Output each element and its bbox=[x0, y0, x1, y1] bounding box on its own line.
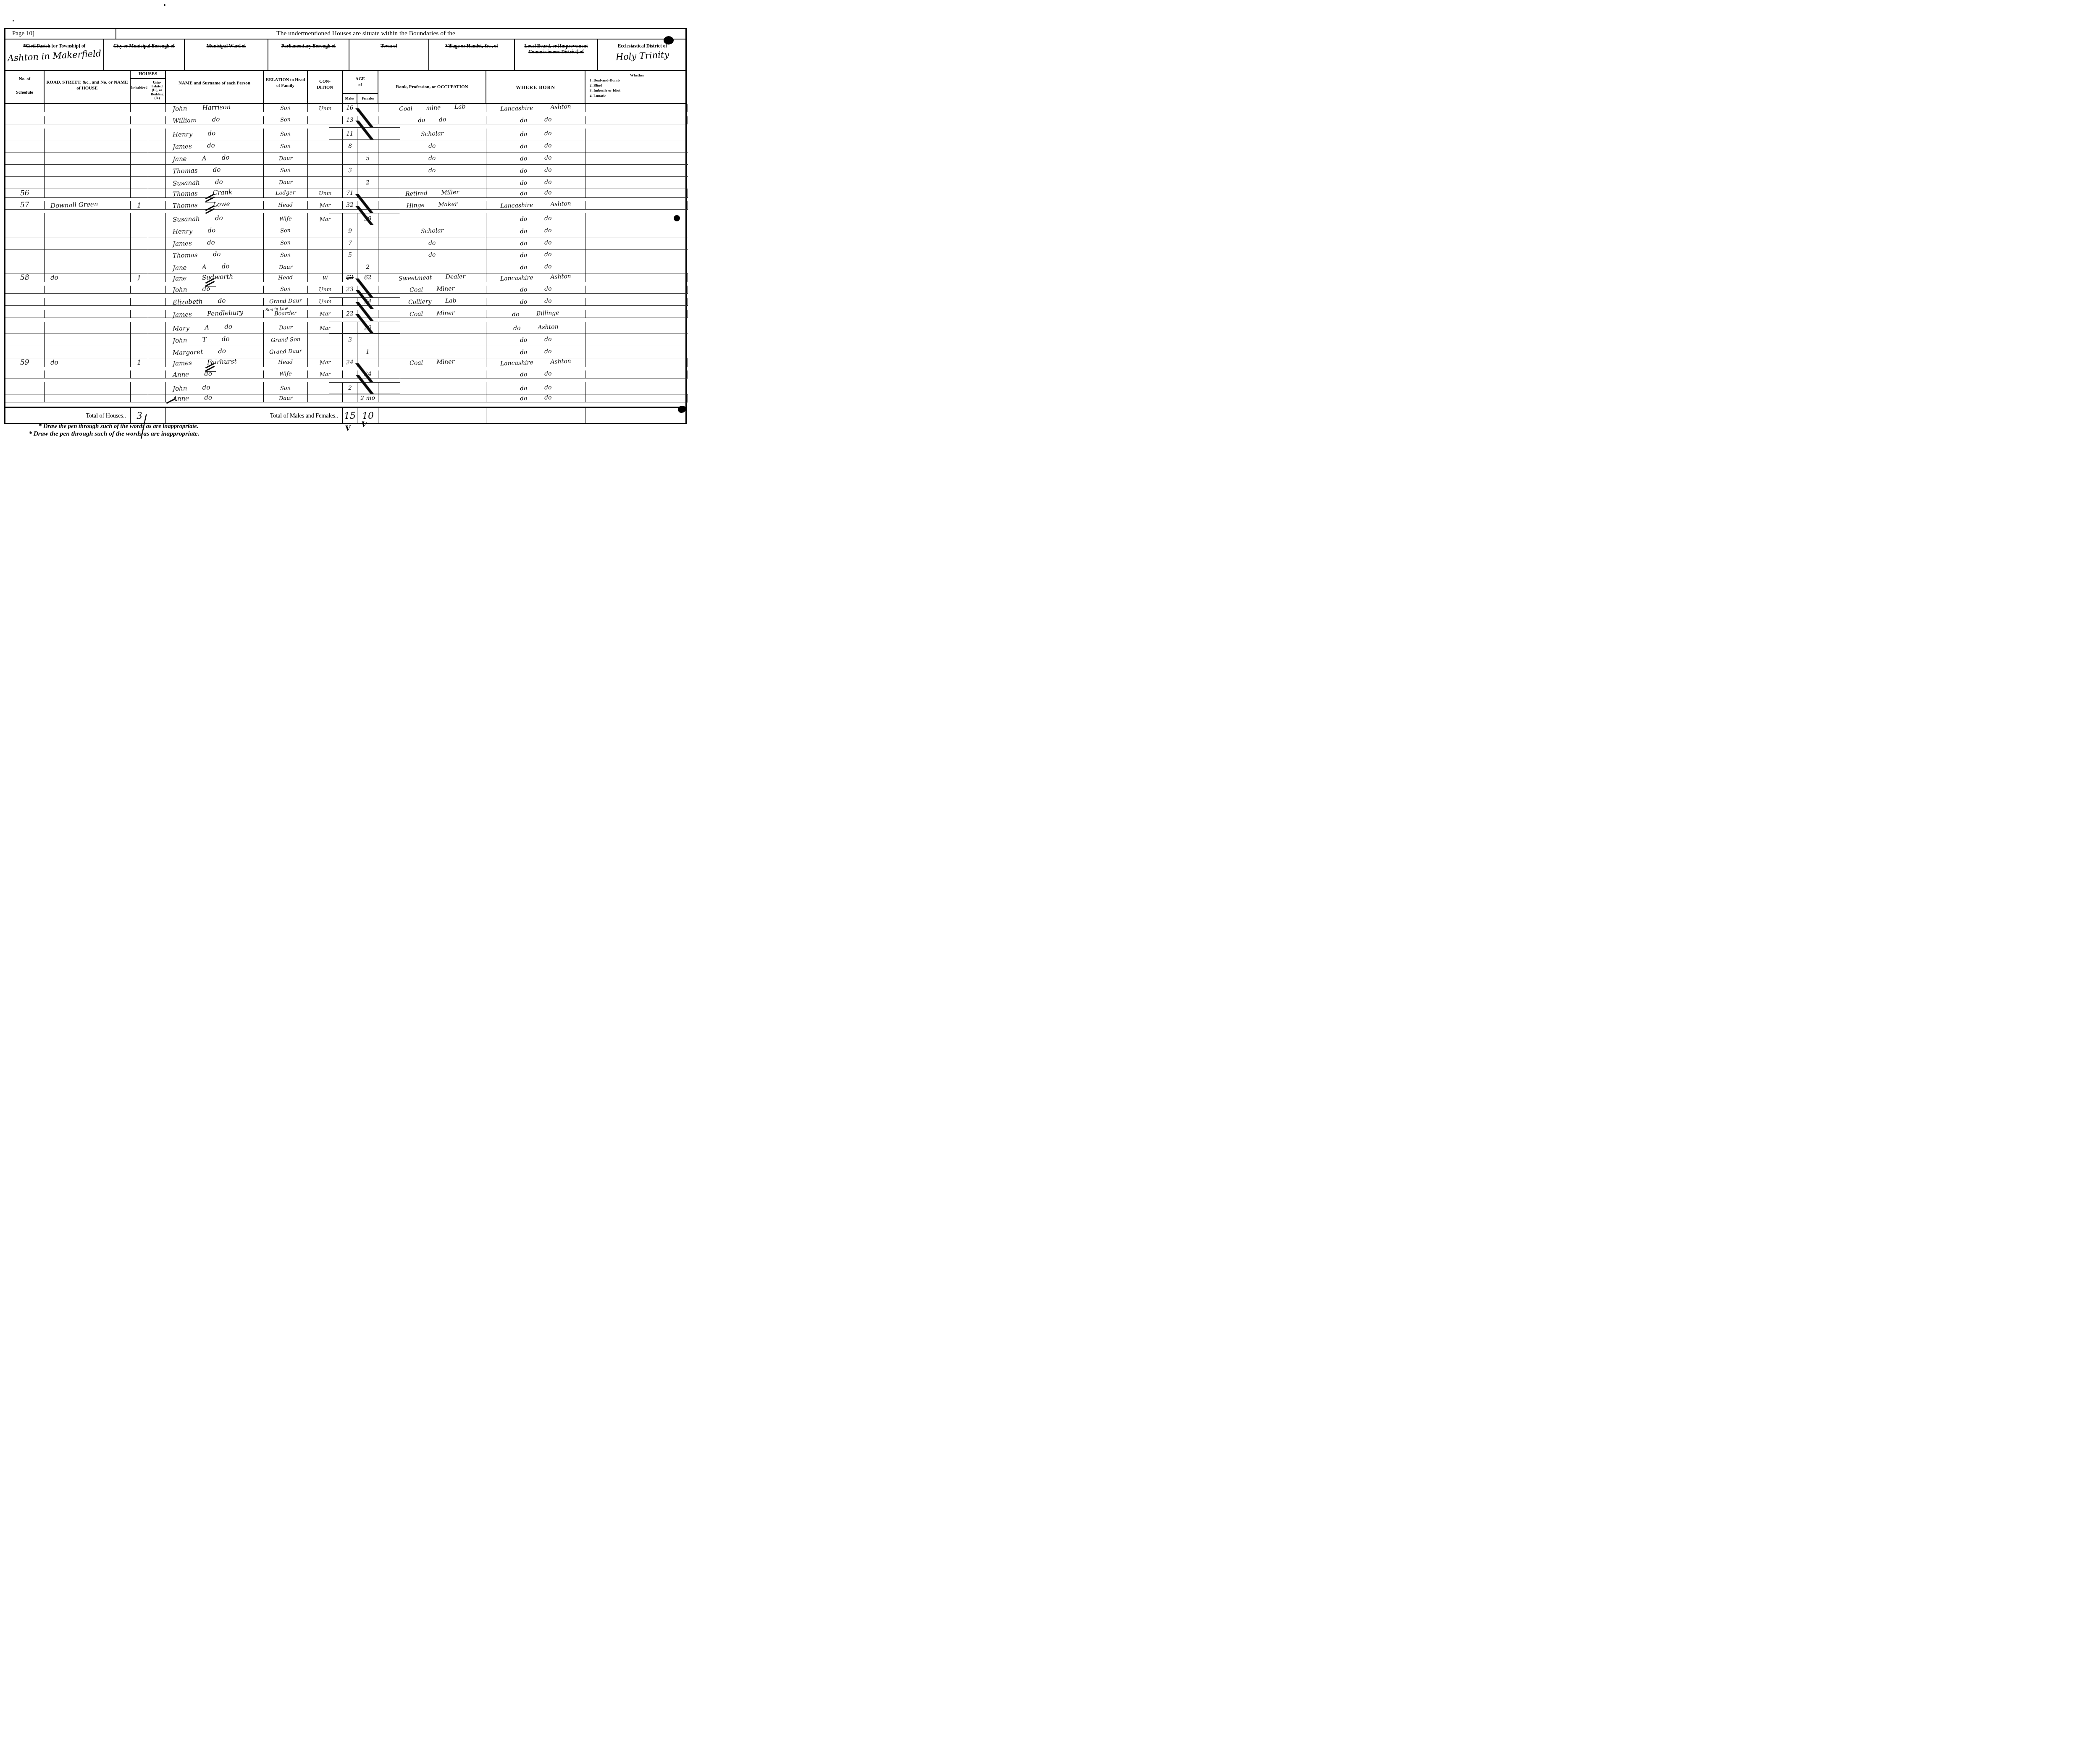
cell-inhabited bbox=[131, 129, 148, 141]
cell-relation: Daur bbox=[264, 261, 308, 273]
household-separator-mark bbox=[205, 206, 216, 214]
ink-blot bbox=[664, 36, 674, 45]
cell-condition: Unm bbox=[308, 104, 343, 112]
cell-where_born: Lancashire Ashton bbox=[486, 273, 585, 282]
cell-road bbox=[45, 334, 131, 346]
col-header-males: Males bbox=[343, 94, 357, 104]
cell-occupation: Coal Miner bbox=[378, 286, 486, 294]
col-header-uninhabited: Unin-habited (U.), or Building (B.) bbox=[148, 79, 166, 104]
cell-where_born: do do bbox=[486, 370, 585, 378]
table-row: Henry doSon9Scholardo do bbox=[5, 225, 685, 237]
cell-relation: Son bbox=[264, 165, 308, 177]
cell-occupation bbox=[378, 213, 486, 225]
cell-relation: Grand Daur bbox=[264, 346, 308, 358]
cell-condition bbox=[308, 250, 343, 262]
cell-road bbox=[45, 394, 131, 402]
col-header-road: ROAD, STREET, &c., and No. or NAME of HO… bbox=[45, 71, 131, 104]
totals-row: Total of Houses.. 3 Total of Males and F… bbox=[5, 407, 685, 424]
cell-uninhabited bbox=[148, 201, 166, 210]
total-females-value: 10 bbox=[357, 408, 378, 424]
cell-uninhabited bbox=[148, 358, 166, 367]
table-row: John doSonUnm23Coal Minerdo do bbox=[5, 286, 685, 298]
cell-age_male: 23 bbox=[343, 286, 357, 294]
cell-road: Downall Green bbox=[45, 201, 131, 210]
cell-where_born: do do bbox=[486, 177, 585, 189]
cell-inhabited bbox=[131, 177, 148, 189]
cell-whether bbox=[585, 370, 688, 378]
district-cell: City or Municipal Borough of bbox=[104, 39, 185, 70]
cell-occupation: do bbox=[378, 250, 486, 262]
table-row: Thomas doSon5dodo do bbox=[5, 250, 685, 262]
cell-road bbox=[45, 129, 131, 141]
cell-where_born: do do bbox=[486, 250, 585, 262]
cell-road bbox=[45, 189, 131, 198]
cell-schedule: 58 bbox=[5, 273, 45, 282]
cell-condition bbox=[308, 394, 343, 402]
cell-inhabited bbox=[131, 370, 148, 378]
check-mark: V bbox=[361, 420, 367, 429]
cell-age_male bbox=[343, 322, 357, 334]
cell-condition: Unm bbox=[308, 298, 343, 306]
cell-where_born: do Billinge bbox=[486, 310, 585, 318]
total-houses-value: 3 bbox=[131, 408, 148, 424]
cell-schedule bbox=[5, 334, 45, 346]
cell-where_born: do do bbox=[486, 213, 585, 225]
cell-inhabited bbox=[131, 152, 148, 165]
table-rows: John HarrisonSonUnm16Coal mine LabLancas… bbox=[5, 104, 685, 407]
cell-uninhabited bbox=[148, 165, 166, 177]
cell-schedule bbox=[5, 140, 45, 152]
cell-age_female: 1 bbox=[357, 346, 378, 358]
cell-age_male: 9 bbox=[343, 225, 357, 237]
cell-road bbox=[45, 213, 131, 225]
cell-age_male bbox=[343, 213, 357, 225]
cell-name: Mary A do bbox=[166, 322, 264, 334]
cell-uninhabited bbox=[148, 286, 166, 294]
cell-condition bbox=[308, 225, 343, 237]
cell-age_female bbox=[357, 225, 378, 237]
cell-uninhabited bbox=[148, 189, 166, 198]
cell-condition: Mar bbox=[308, 201, 343, 210]
check-mark: V bbox=[345, 424, 351, 433]
cell-where_born: Lancashire Ashton bbox=[486, 104, 585, 112]
cell-schedule bbox=[5, 104, 45, 112]
cell-condition bbox=[308, 382, 343, 394]
cell-inhabited bbox=[131, 382, 148, 394]
cell-occupation bbox=[378, 370, 486, 378]
col-header-where-born: WHERE BORN bbox=[486, 71, 585, 104]
cell-schedule bbox=[5, 116, 45, 124]
cell-road bbox=[45, 310, 131, 318]
cell-schedule bbox=[5, 225, 45, 237]
cell-schedule bbox=[5, 165, 45, 177]
col-header-age: AGEof Males Females bbox=[343, 71, 378, 104]
cell-condition: Unm bbox=[308, 189, 343, 198]
cell-whether bbox=[585, 177, 688, 189]
cell-condition bbox=[308, 129, 343, 141]
totals-empty-cell bbox=[148, 408, 166, 424]
cell-schedule bbox=[5, 322, 45, 334]
cell-whether bbox=[585, 140, 688, 152]
cell-condition bbox=[308, 152, 343, 165]
cell-uninhabited bbox=[148, 370, 166, 378]
cell-schedule bbox=[5, 152, 45, 165]
ink-speck bbox=[13, 20, 14, 21]
cell-road bbox=[45, 237, 131, 250]
cell-occupation: Retired Miller bbox=[378, 189, 486, 198]
cell-age_female bbox=[357, 286, 378, 294]
cell-age_female bbox=[357, 250, 378, 262]
cell-uninhabited bbox=[148, 250, 166, 262]
cell-inhabited bbox=[131, 346, 148, 358]
cell-age_male bbox=[343, 177, 357, 189]
cell-inhabited bbox=[131, 225, 148, 237]
cell-road bbox=[45, 370, 131, 378]
district-handwritten-value: Holy Trinity bbox=[598, 48, 687, 64]
cell-age_male: 5 bbox=[343, 250, 357, 262]
cell-where_born: do do bbox=[486, 225, 585, 237]
page-title: The undermentioned Houses are situate wi… bbox=[276, 30, 455, 37]
cell-whether bbox=[585, 346, 688, 358]
cell-whether bbox=[585, 250, 688, 262]
cell-occupation bbox=[378, 382, 486, 394]
cell-condition bbox=[308, 261, 343, 273]
cell-where_born: do do bbox=[486, 152, 585, 165]
col-header-females: Females bbox=[357, 94, 378, 104]
cell-name: Margaret do bbox=[166, 346, 264, 358]
cell-relation: Son bbox=[264, 225, 308, 237]
district-cell: *Civil Parish [or Township] ofAshton in … bbox=[5, 39, 104, 70]
household-separator-mark bbox=[166, 399, 177, 407]
cell-condition: W bbox=[308, 273, 343, 282]
cell-age_female bbox=[357, 116, 378, 124]
cell-whether bbox=[585, 189, 688, 198]
cell-condition: Unm bbox=[308, 286, 343, 294]
cell-age_female: 39 bbox=[357, 213, 378, 225]
cell-where_born: do do bbox=[486, 298, 585, 306]
cell-uninhabited bbox=[148, 140, 166, 152]
cell-schedule bbox=[5, 370, 45, 378]
cell-road bbox=[45, 165, 131, 177]
cell-occupation bbox=[378, 334, 486, 346]
table-row: John HarrisonSonUnm16Coal mine LabLancas… bbox=[5, 104, 685, 116]
cell-age_male: 22 bbox=[343, 310, 357, 318]
cell-age_female bbox=[357, 201, 378, 210]
totals-empty-cell bbox=[378, 408, 486, 424]
cell-inhabited bbox=[131, 334, 148, 346]
cell-age_male: 3 bbox=[343, 334, 357, 346]
table-row: Susanah doDaur2do do bbox=[5, 177, 685, 189]
cell-whether bbox=[585, 104, 688, 112]
cell-condition: Mar bbox=[308, 370, 343, 378]
cell-relation: Daur bbox=[264, 152, 308, 165]
cell-age_female: 2 bbox=[357, 177, 378, 189]
cell-relation: Daur bbox=[264, 322, 308, 334]
cell-where_born: Lancashire Ashton bbox=[486, 201, 585, 210]
cell-age_male bbox=[343, 152, 357, 165]
cell-whether bbox=[585, 334, 688, 346]
cell-relation: Wife bbox=[264, 370, 308, 378]
cell-schedule bbox=[5, 382, 45, 394]
table-row: Jane A doDaur2do do bbox=[5, 261, 685, 273]
cell-relation: Son bbox=[264, 250, 308, 262]
cell-inhabited bbox=[131, 189, 148, 198]
cell-inhabited bbox=[131, 165, 148, 177]
cell-where_born: do do bbox=[486, 286, 585, 294]
cell-whether bbox=[585, 129, 688, 141]
table-row: Henry doSon11Scholardo do bbox=[5, 129, 685, 141]
cell-relation: Grand Daur bbox=[264, 298, 308, 306]
table-row: Thomas doSon3dodo do bbox=[5, 165, 685, 177]
cell-name: Henry do bbox=[166, 129, 264, 141]
cell-condition bbox=[308, 334, 343, 346]
cell-age_female: 20 bbox=[357, 322, 378, 334]
cell-schedule bbox=[5, 298, 45, 306]
cell-where_born: do do bbox=[486, 165, 585, 177]
cell-schedule bbox=[5, 129, 45, 141]
cell-condition bbox=[308, 177, 343, 189]
table-row: James doSon8dodo do bbox=[5, 140, 685, 152]
total-males-females-label: Total of Males and Females.. bbox=[166, 408, 343, 424]
cell-uninhabited bbox=[148, 261, 166, 273]
cell-uninhabited bbox=[148, 177, 166, 189]
cell-schedule: 59 bbox=[5, 358, 45, 367]
cell-condition: Mar bbox=[308, 322, 343, 334]
cell-road bbox=[45, 140, 131, 152]
cell-age_male: 62 bbox=[343, 273, 357, 282]
cell-occupation bbox=[378, 394, 486, 402]
cell-name: Anne do bbox=[166, 394, 264, 402]
district-cell: Parliamentary Borough of bbox=[268, 39, 349, 70]
table-row: 59do1James FairhurstHeadMar24Coal MinerL… bbox=[5, 358, 685, 370]
cell-age_female bbox=[357, 237, 378, 250]
cell-where_born: do do bbox=[486, 140, 585, 152]
cell-schedule bbox=[5, 237, 45, 250]
district-cell: Village or Hamlet, &c., of bbox=[429, 39, 515, 70]
cell-uninhabited bbox=[148, 116, 166, 124]
cell-whether bbox=[585, 286, 688, 294]
district-cell: Town of bbox=[349, 39, 429, 70]
cell-road bbox=[45, 286, 131, 294]
district-cell: Local Board, or [Improvement Commissione… bbox=[515, 39, 598, 70]
cell-where_born: do do bbox=[486, 346, 585, 358]
cell-relation: Son bbox=[264, 286, 308, 294]
totals-empty-cell bbox=[585, 408, 688, 424]
cell-relation: Head bbox=[264, 201, 308, 210]
cell-condition bbox=[308, 116, 343, 124]
cell-occupation: Sweetmeat Dealer bbox=[378, 273, 486, 282]
cell-name: Henry do bbox=[166, 225, 264, 237]
total-males-value: 15 bbox=[343, 408, 357, 424]
title-row: Page 10] The undermentioned Houses are s… bbox=[5, 29, 685, 39]
cell-road bbox=[45, 382, 131, 394]
cell-relation: Son bbox=[264, 104, 308, 112]
cell-whether bbox=[585, 201, 688, 210]
cell-inhabited bbox=[131, 250, 148, 262]
cell-condition bbox=[308, 346, 343, 358]
cell-occupation: Coal mine Lab bbox=[378, 104, 486, 112]
cell-schedule: 56 bbox=[5, 189, 45, 198]
cell-uninhabited bbox=[148, 225, 166, 237]
cell-occupation bbox=[378, 322, 486, 334]
cell-age_female bbox=[357, 358, 378, 367]
cell-occupation: do do bbox=[378, 116, 486, 124]
table-row: John doSon2do do bbox=[5, 382, 685, 394]
col-header-schedule: No. ofSchedule bbox=[5, 71, 45, 104]
table-row: Mary A doDaurMar20do Ashton bbox=[5, 322, 685, 334]
cell-uninhabited bbox=[148, 129, 166, 141]
cell-uninhabited bbox=[148, 298, 166, 306]
col-header-whether: Whether 1. Deaf-and-Dumb2. Blind3. Imbec… bbox=[585, 71, 688, 104]
cell-age_male: 3 bbox=[343, 165, 357, 177]
cell-name: John Harrison bbox=[166, 104, 264, 112]
cell-age_male: 13 bbox=[343, 116, 357, 124]
cell-relation: Daur bbox=[264, 177, 308, 189]
cell-uninhabited bbox=[148, 382, 166, 394]
cell-condition bbox=[308, 237, 343, 250]
cell-where_born: do do bbox=[486, 189, 585, 198]
cell-whether bbox=[585, 116, 688, 124]
cell-schedule bbox=[5, 286, 45, 294]
cell-whether bbox=[585, 394, 688, 402]
cell-road bbox=[45, 225, 131, 237]
cell-name: Elizabeth do bbox=[166, 298, 264, 306]
cell-age_male: 8 bbox=[343, 140, 357, 152]
cell-occupation bbox=[378, 346, 486, 358]
cell-age_female bbox=[357, 189, 378, 198]
cell-road bbox=[45, 346, 131, 358]
table-row: John T doGrand Son3do do bbox=[5, 334, 685, 346]
cell-schedule bbox=[5, 177, 45, 189]
cell-uninhabited bbox=[148, 104, 166, 112]
table-row: 58do1Jane SudworthHeadW6262Sweetmeat Dea… bbox=[5, 273, 685, 286]
ink-blot bbox=[674, 215, 680, 221]
cell-whether bbox=[585, 237, 688, 250]
cell-schedule bbox=[5, 261, 45, 273]
cell-inhabited bbox=[131, 261, 148, 273]
cell-age_female: 62 bbox=[357, 273, 378, 282]
district-header-band: *Civil Parish [or Township] ofAshton in … bbox=[5, 39, 685, 71]
cell-age_male: 11 bbox=[343, 129, 357, 141]
table-row: Elizabeth doGrand DaurUnm24Colliery Labd… bbox=[5, 298, 685, 310]
cell-whether bbox=[585, 261, 688, 273]
cell-whether bbox=[585, 152, 688, 165]
cell-age_female bbox=[357, 165, 378, 177]
cell-inhabited bbox=[131, 286, 148, 294]
cell-relation: Wife bbox=[264, 213, 308, 225]
table-row: Anne doDaur2 modo do bbox=[5, 394, 685, 407]
cell-occupation: Scholar bbox=[378, 225, 486, 237]
cell-whether bbox=[585, 382, 688, 394]
cell-name: Susanah do bbox=[166, 177, 264, 189]
district-cell: Municipal Ward of bbox=[185, 39, 268, 70]
col-header-relation: RELATION to Head of Family bbox=[264, 71, 308, 104]
cell-whether bbox=[585, 298, 688, 306]
cell-name: James do bbox=[166, 140, 264, 152]
cell-where_born: do do bbox=[486, 237, 585, 250]
cell-where_born: do do bbox=[486, 129, 585, 141]
cell-name: James Pendlebury bbox=[166, 310, 264, 318]
cell-schedule: 57 bbox=[5, 201, 45, 210]
col-header-condition: CON-DITION bbox=[308, 71, 343, 104]
cell-uninhabited bbox=[148, 394, 166, 402]
cell-occupation: Coal Miner bbox=[378, 358, 486, 367]
footnote-ghost: * Draw the pen through such of the words… bbox=[29, 430, 199, 438]
cell-occupation: Hinge Maker bbox=[378, 201, 486, 210]
cell-occupation: do bbox=[378, 237, 486, 250]
table-row: William doSon13do dodo do bbox=[5, 116, 685, 129]
cell-condition: Mar bbox=[308, 213, 343, 225]
cell-whether bbox=[585, 225, 688, 237]
cell-uninhabited bbox=[148, 237, 166, 250]
cell-uninhabited bbox=[148, 152, 166, 165]
col-header-occupation: Rank, Profession, or OCCUPATION bbox=[378, 71, 486, 104]
cell-age_female bbox=[357, 334, 378, 346]
cell-relation: Son bbox=[264, 382, 308, 394]
cell-occupation bbox=[378, 177, 486, 189]
cell-road bbox=[45, 298, 131, 306]
cell-inhabited: 1 bbox=[131, 273, 148, 282]
cell-name: John do bbox=[166, 382, 264, 394]
cell-inhabited: 1 bbox=[131, 201, 148, 210]
cell-inhabited bbox=[131, 322, 148, 334]
total-houses-label: Total of Houses.. bbox=[5, 408, 131, 424]
col-header-houses: HOUSES In-habit-ed Unin-habited (U.), or… bbox=[131, 71, 166, 104]
cell-occupation: do bbox=[378, 165, 486, 177]
cell-relation: Son bbox=[264, 116, 308, 124]
table-row: Jane A doDaur5dodo do bbox=[5, 152, 685, 165]
cell-age_male: 71 bbox=[343, 189, 357, 198]
cell-schedule bbox=[5, 213, 45, 225]
cell-name: Susanah do bbox=[166, 213, 264, 225]
cell-name: John T do bbox=[166, 334, 264, 346]
cell-age_male: 32 bbox=[343, 201, 357, 210]
cell-occupation: do bbox=[378, 152, 486, 165]
cell-age_female: 2 mo bbox=[357, 394, 378, 402]
cell-age_male: 16 bbox=[343, 104, 357, 112]
cell-name: Jane A do bbox=[166, 261, 264, 273]
cell-age_female bbox=[357, 310, 378, 318]
cell-where_born: do do bbox=[486, 116, 585, 124]
table-frame: Page 10] The undermentioned Houses are s… bbox=[4, 28, 687, 424]
cell-inhabited bbox=[131, 213, 148, 225]
cell-relation: Lodger bbox=[264, 189, 308, 198]
cell-age_male bbox=[343, 370, 357, 378]
cell-age_male: 7 bbox=[343, 237, 357, 250]
table-row: James doSon7dodo do bbox=[5, 237, 685, 250]
cell-uninhabited bbox=[148, 346, 166, 358]
cell-road bbox=[45, 116, 131, 124]
cell-inhabited bbox=[131, 298, 148, 306]
cell-where_born: do do bbox=[486, 394, 585, 402]
household-separator-mark bbox=[205, 194, 216, 202]
cell-whether bbox=[585, 322, 688, 334]
cell-relation: Son bbox=[264, 237, 308, 250]
cell-uninhabited bbox=[148, 322, 166, 334]
cell-relation: Son bbox=[264, 129, 308, 141]
cell-condition bbox=[308, 165, 343, 177]
cell-road bbox=[45, 250, 131, 262]
cell-inhabited bbox=[131, 104, 148, 112]
ink-speck bbox=[164, 4, 165, 6]
cell-occupation: Coal Miner bbox=[378, 310, 486, 318]
col-header-name: NAME and Surname of each Person bbox=[166, 71, 264, 104]
cell-age_female bbox=[357, 104, 378, 112]
cell-whether bbox=[585, 273, 688, 282]
column-headers: No. ofSchedule ROAD, STREET, &c., and No… bbox=[5, 71, 685, 104]
cell-road bbox=[45, 152, 131, 165]
cell-relation: Grand Son bbox=[264, 334, 308, 346]
